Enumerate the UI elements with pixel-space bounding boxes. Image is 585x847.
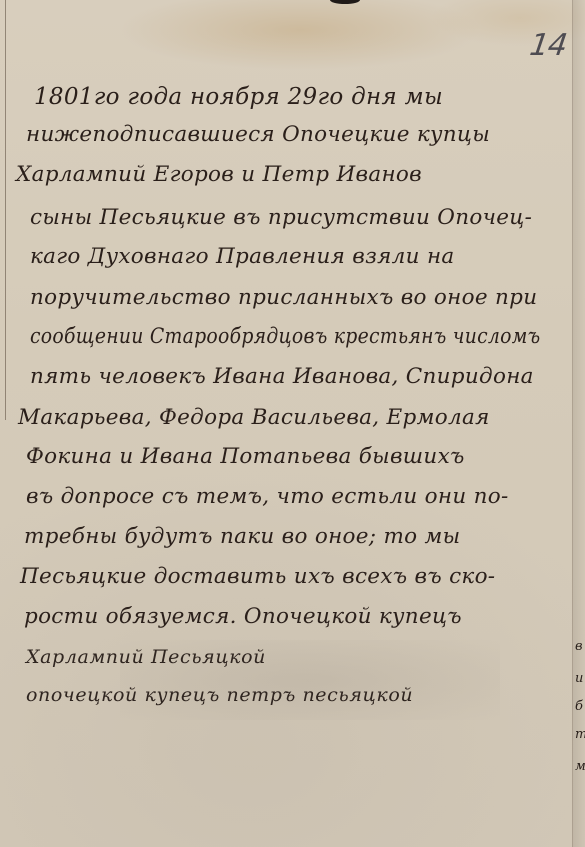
text-line-13: Песьяцкие доставить ихъ всехъ въ ско-	[20, 564, 495, 589]
signature-2: опочецкой купецъ петръ песьяцкой	[26, 684, 413, 706]
adjacent-page-edge	[572, 0, 585, 847]
folio-number: 14	[528, 28, 569, 63]
ink-blot	[330, 0, 360, 4]
signature-1: Харлампий Песьяцкой	[26, 646, 266, 668]
text-line-2: нижеподписавшиеся Опочецкие купцы	[26, 122, 490, 147]
adjacent-page-fragment: и	[575, 672, 583, 685]
text-line-9: Макарьева, Федора Васильева, Ермолая	[18, 405, 490, 430]
adjacent-page-fragment: м	[575, 760, 585, 773]
text-line-8: пять человекъ Ивана Иванова, Спиридона	[30, 364, 534, 389]
text-line-7: сообщении Старообрядцовъ крестьянъ число…	[30, 324, 540, 349]
text-line-14: рости обязуемся. Опочецкой купецъ	[24, 604, 462, 629]
adjacent-page-fragment: т	[575, 728, 585, 741]
text-line-3: Харлампий Егоров и Петр Иванов	[16, 162, 422, 187]
text-line-1: 1801го года ноября 29го дня мы	[34, 84, 443, 110]
text-line-4: сыны Песьяцкие въ присутствии Опочец-	[30, 205, 532, 230]
adjacent-page-fragment: в	[575, 640, 583, 653]
text-line-11: въ допросе съ темъ, что естьли они по-	[26, 484, 509, 509]
text-line-5: каго Духовнаго Правления взяли на	[30, 244, 455, 269]
text-line-10: Фокина и Ивана Потапьева бывшихъ	[26, 444, 465, 469]
left-margin-rule	[5, 0, 6, 420]
manuscript-page: 14 1801го года ноября 29го дня мы нижепо…	[0, 0, 585, 847]
text-line-6: поручительство присланныхъ во оное при	[30, 285, 537, 310]
text-line-12: требны будутъ паки во оное; то мы	[24, 524, 460, 549]
adjacent-page-fragment: б	[575, 700, 583, 713]
